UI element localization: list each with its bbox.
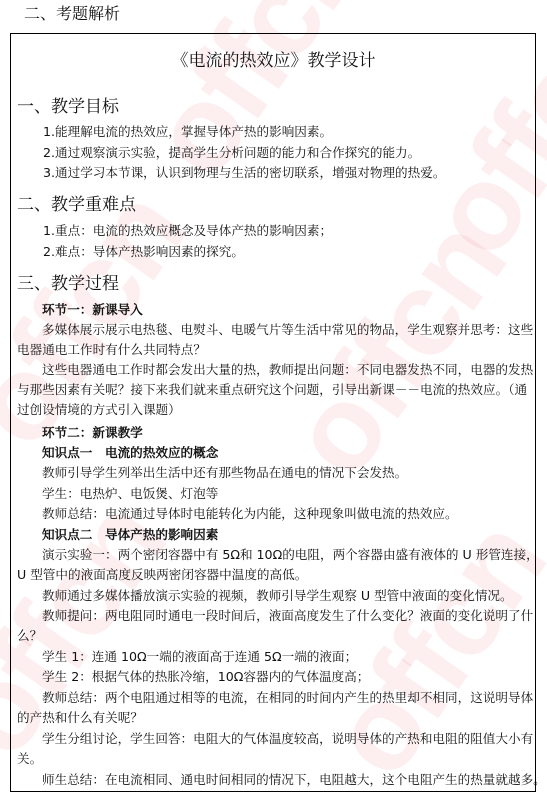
paragraph-line: 师生总结：在电流相同、通电时间相同的情况下，电阻越大，这个电阻产生的热量就越多。 <box>42 771 546 789</box>
stage-title: 环节一：新课导入 <box>42 301 143 319</box>
paragraph-line: 与那些因素有关呢？接下来我们就来重点研究这个问题，引导出新课－－电流的热效应。（… <box>17 381 527 399</box>
paragraph-line: 关。 <box>17 750 42 768</box>
key-point-item: 2.难点：导体产热影响因素的探究。 <box>43 243 244 261</box>
section-heading-process: 三、教学过程 <box>17 272 119 296</box>
paragraph-line: U 型管中的液面高度反映两密闭容器中温度的高低。 <box>17 566 307 584</box>
paragraph-line: 这些电器通电工作时都会发出大量的热，教师提出问题：不同电器发热不同，电器的发热 <box>42 361 533 379</box>
paragraph-line: 学生：电热炉、电饭煲、灯泡等 <box>42 485 218 503</box>
paragraph-line: 过创设情境的方式引入课题） <box>17 401 181 419</box>
paragraph-line: 教师提问：两电阻同时通电一段时间后，液面高度发生了什么变化？液面的变化说明了什 <box>42 607 533 625</box>
paragraph-line: 教师通过多媒体播放演示实验的视频，教师引导学生观察 U 型管中液面的变化情况。 <box>42 587 513 605</box>
paragraph-line: 电器通电工作时有什么共同特点？ <box>17 341 206 359</box>
page-heading: 二、考题解析 <box>24 3 120 25</box>
key-point-item: 1.重点：电流的热效应概念及导体产热的影响因素； <box>43 222 332 240</box>
paragraph-line: 教师总结：两个电阻通过相等的电流，在相同的时间内产生的热里却不相同，这说明导体 <box>42 689 533 707</box>
objective-item: 1.能理解电流的热效应，掌握导体产热的影响因素。 <box>43 123 332 141</box>
paragraph-line: 的产热和什么有关呢？ <box>17 709 143 727</box>
paragraph-line: 教师引导学生列举出生活中还有那些物品在通电的情况下会发热。 <box>42 464 407 482</box>
paragraph-line: 教师总结：电流通过导体时电能转化为内能，这种现象叫做电流的热效应。 <box>42 505 458 523</box>
paragraph-line: 多媒体展示展示电热毯、电熨斗、电暖气片等生活中常见的物品，学生观察并思考：这些 <box>42 321 533 339</box>
document-title: 《电流的热效应》教学设计 <box>0 49 547 73</box>
paragraph-line: 演示实验一：两个密闭容器中有 5Ω和 10Ω的电阻，两个容器由盛有液体的 U 形… <box>42 546 539 564</box>
section-heading-key-points: 二、教学重难点 <box>17 193 136 217</box>
objective-item: 2.通过观察演示实验，提高学生分析问题的能力和合作探究的能力。 <box>43 144 420 162</box>
objective-item: 3.通过学习本节课，认识到物理与生活的密切联系，增强对物理的热爱。 <box>43 164 445 182</box>
paragraph-line: 学生分组讨论，学生回答：电阻大的气体温度较高，说明导体的产热和电阻的阻值大小有 <box>42 730 533 748</box>
knowledge-point-title: 知识点二 导体产热的影响因素 <box>42 526 218 544</box>
paragraph-line: 学生 2：根据气体的热胀冷缩，10Ω容器内的气体温度高； <box>42 668 369 686</box>
paragraph-line: 么？ <box>17 627 42 645</box>
paragraph-line: 学生 1：连通 10Ω一端的液面高于连通 5Ω一端的液面； <box>42 648 357 666</box>
knowledge-point-title: 知识点一 电流的热效应的概念 <box>42 444 218 462</box>
section-heading-objectives: 一、教学目标 <box>17 95 119 119</box>
stage-title: 环节二：新课教学 <box>42 424 143 442</box>
